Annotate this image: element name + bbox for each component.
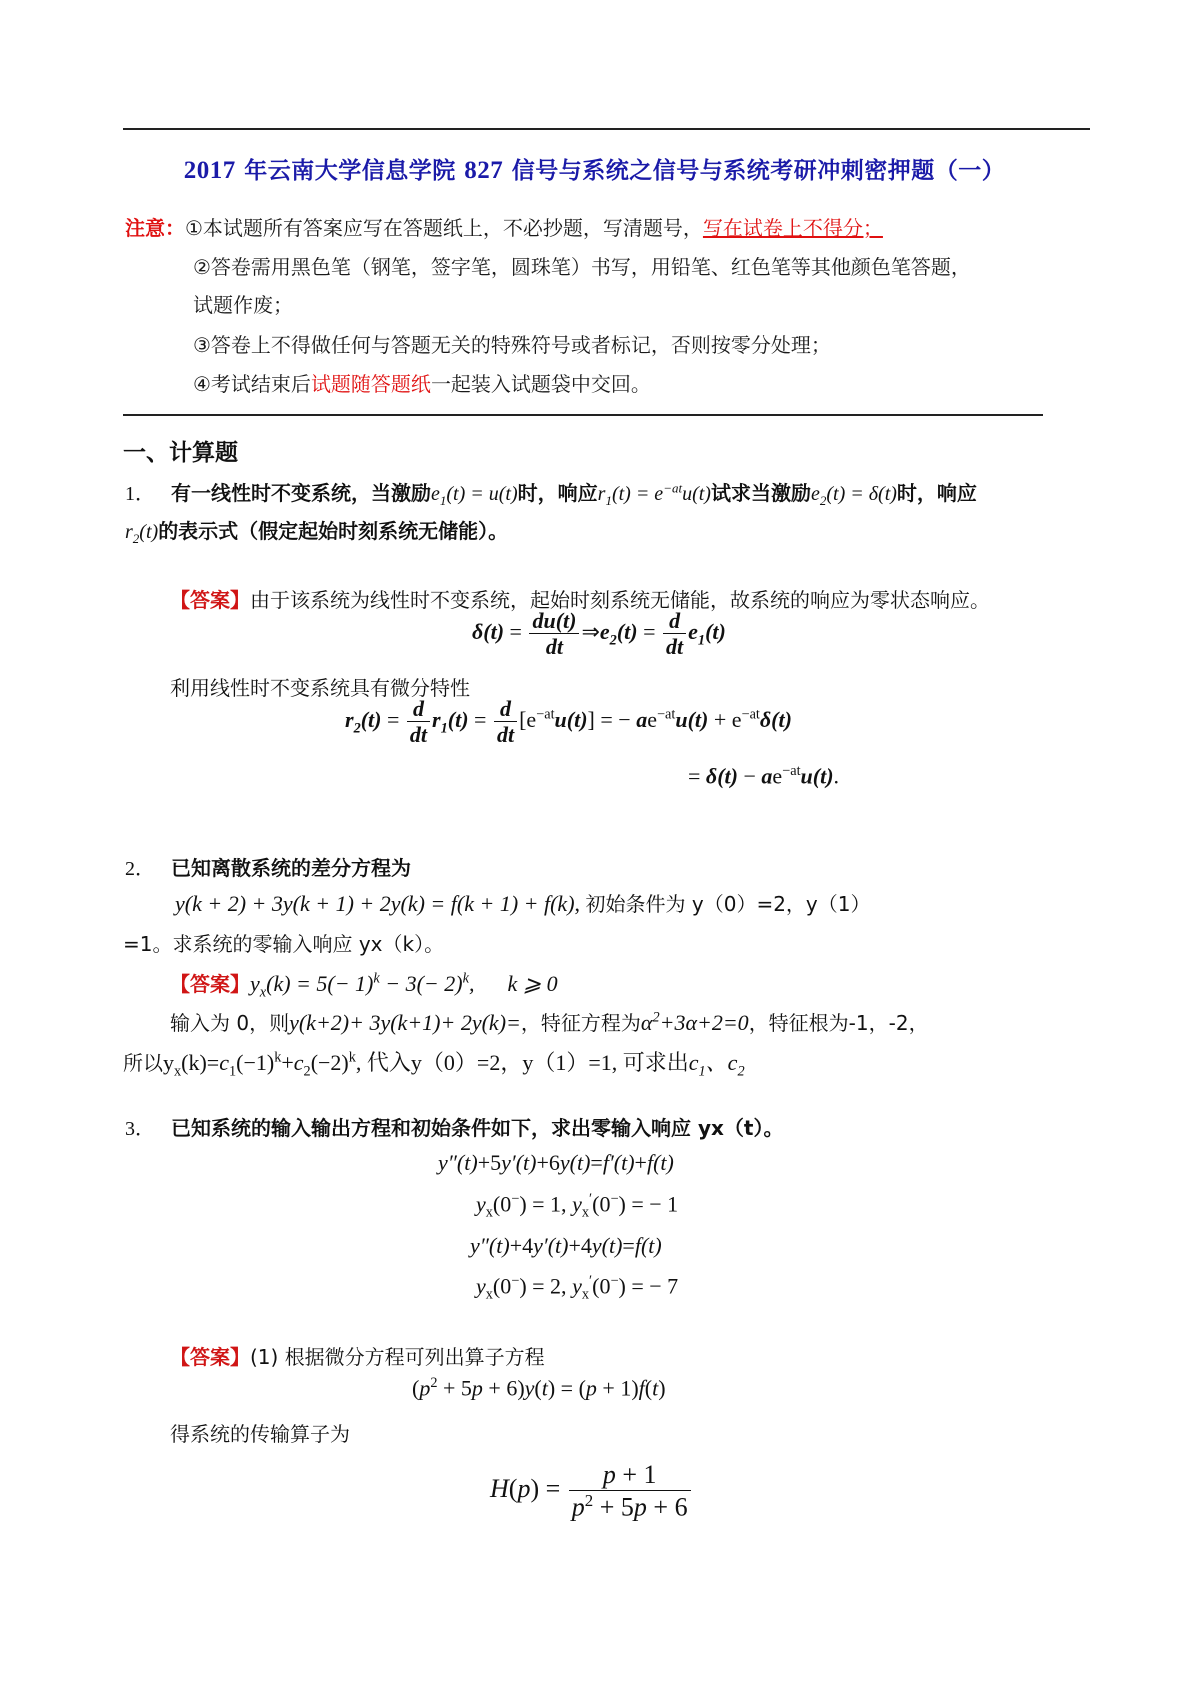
question-3-eq2: yx(0−) = 1, yx′(0−) = − 1 <box>476 1191 678 1222</box>
top-rule <box>123 128 1090 130</box>
transfer-operator-equation: H(p) = p + 1p2 + 5p + 6 <box>490 1460 693 1522</box>
answer-3-line2: 得系统的传输算子为 <box>170 1418 350 1447</box>
notice-line-3: ③答卷上不得做任何与答题无关的特殊符号或者标记，否则按零分处理； <box>193 329 831 358</box>
answer-1-eq1: δ(t) = du(t)dt⇒e2(t) = ddte1(t) <box>472 608 726 660</box>
question-3: 3．已知系统的输入输出方程和初始条件如下，求出零输入响应 yx（t）。 <box>125 1112 783 1141</box>
answer-3: 【答案】(1) 根据微分方程可列出算子方程 <box>170 1341 545 1370</box>
notice-line-2-cont: 试题作废； <box>193 289 293 318</box>
question-2-cont: =1。求系统的零输入响应 yx（k）。 <box>123 928 444 957</box>
question-3-eq3: y″(t)+4y′(t)+4y(t)=f(t) <box>470 1233 662 1259</box>
notice-line-1: 注意：①本试题所有答案应写在答题纸上，不必抄题，写清题号，写在试卷上不得分； <box>125 212 883 241</box>
notice-line-4: ④考试结束后试题随答题纸一起装入试题袋中交回。 <box>193 368 651 397</box>
answer-3-eq: (p2 + 5p + 6)y(t) = (p + 1)f(t) <box>412 1375 666 1401</box>
question-3-eq4: yx(0−) = 2, yx′(0−) = − 7 <box>476 1273 678 1304</box>
answer-2-line2: 输入为 0，则y(k+2)+ 3y(k+1)+ 2y(k)=，特征方程为α2+3… <box>170 1007 929 1036</box>
page-title: 2017 年云南大学信息学院 827 信号与系统之信号与系统考研冲刺密押题（一） <box>0 152 1189 185</box>
answer-2-line3: 所以yx(k)=c1(−1)k+c2(−2)k, 代入y（0）=2，y（1）=1… <box>123 1046 745 1080</box>
question-3-eq1: y″(t)+5y′(t)+6y(t)=f′(t)+f(t) <box>438 1150 674 1176</box>
question-2-equation: y(k + 2) + 3y(k + 1) + 2y(k) = f(k + 1) … <box>175 888 871 917</box>
answer-1-eq3: = δ(t) − ae−atu(t). <box>688 763 839 789</box>
answer-2: 【答案】yx(k) = 5(− 1)k − 3(− 2)k, k ⩾ 0 <box>170 968 558 1001</box>
question-1: 1．有一线性时不变系统，当激励e1(t) = u(t)时，响应r1(t) = e… <box>125 477 977 509</box>
answer-1-eq2: r2(t) = ddtr1(t) = ddt[e−atu(t)] = − ae−… <box>345 696 792 748</box>
question-2: 2．已知离散系统的差分方程为 <box>125 852 411 881</box>
notice-rule <box>123 414 1043 416</box>
notice-line-2: ②答卷需用黑色笔（钢笔，签字笔，圆珠笔）书写，用铅笔、红色笔等其他颜色笔答题， <box>193 251 971 280</box>
section-heading: 一、计算题 <box>123 434 238 467</box>
question-1-cont: r2(t)的表示式（假定起始时刻系统无储能）。 <box>125 515 508 547</box>
